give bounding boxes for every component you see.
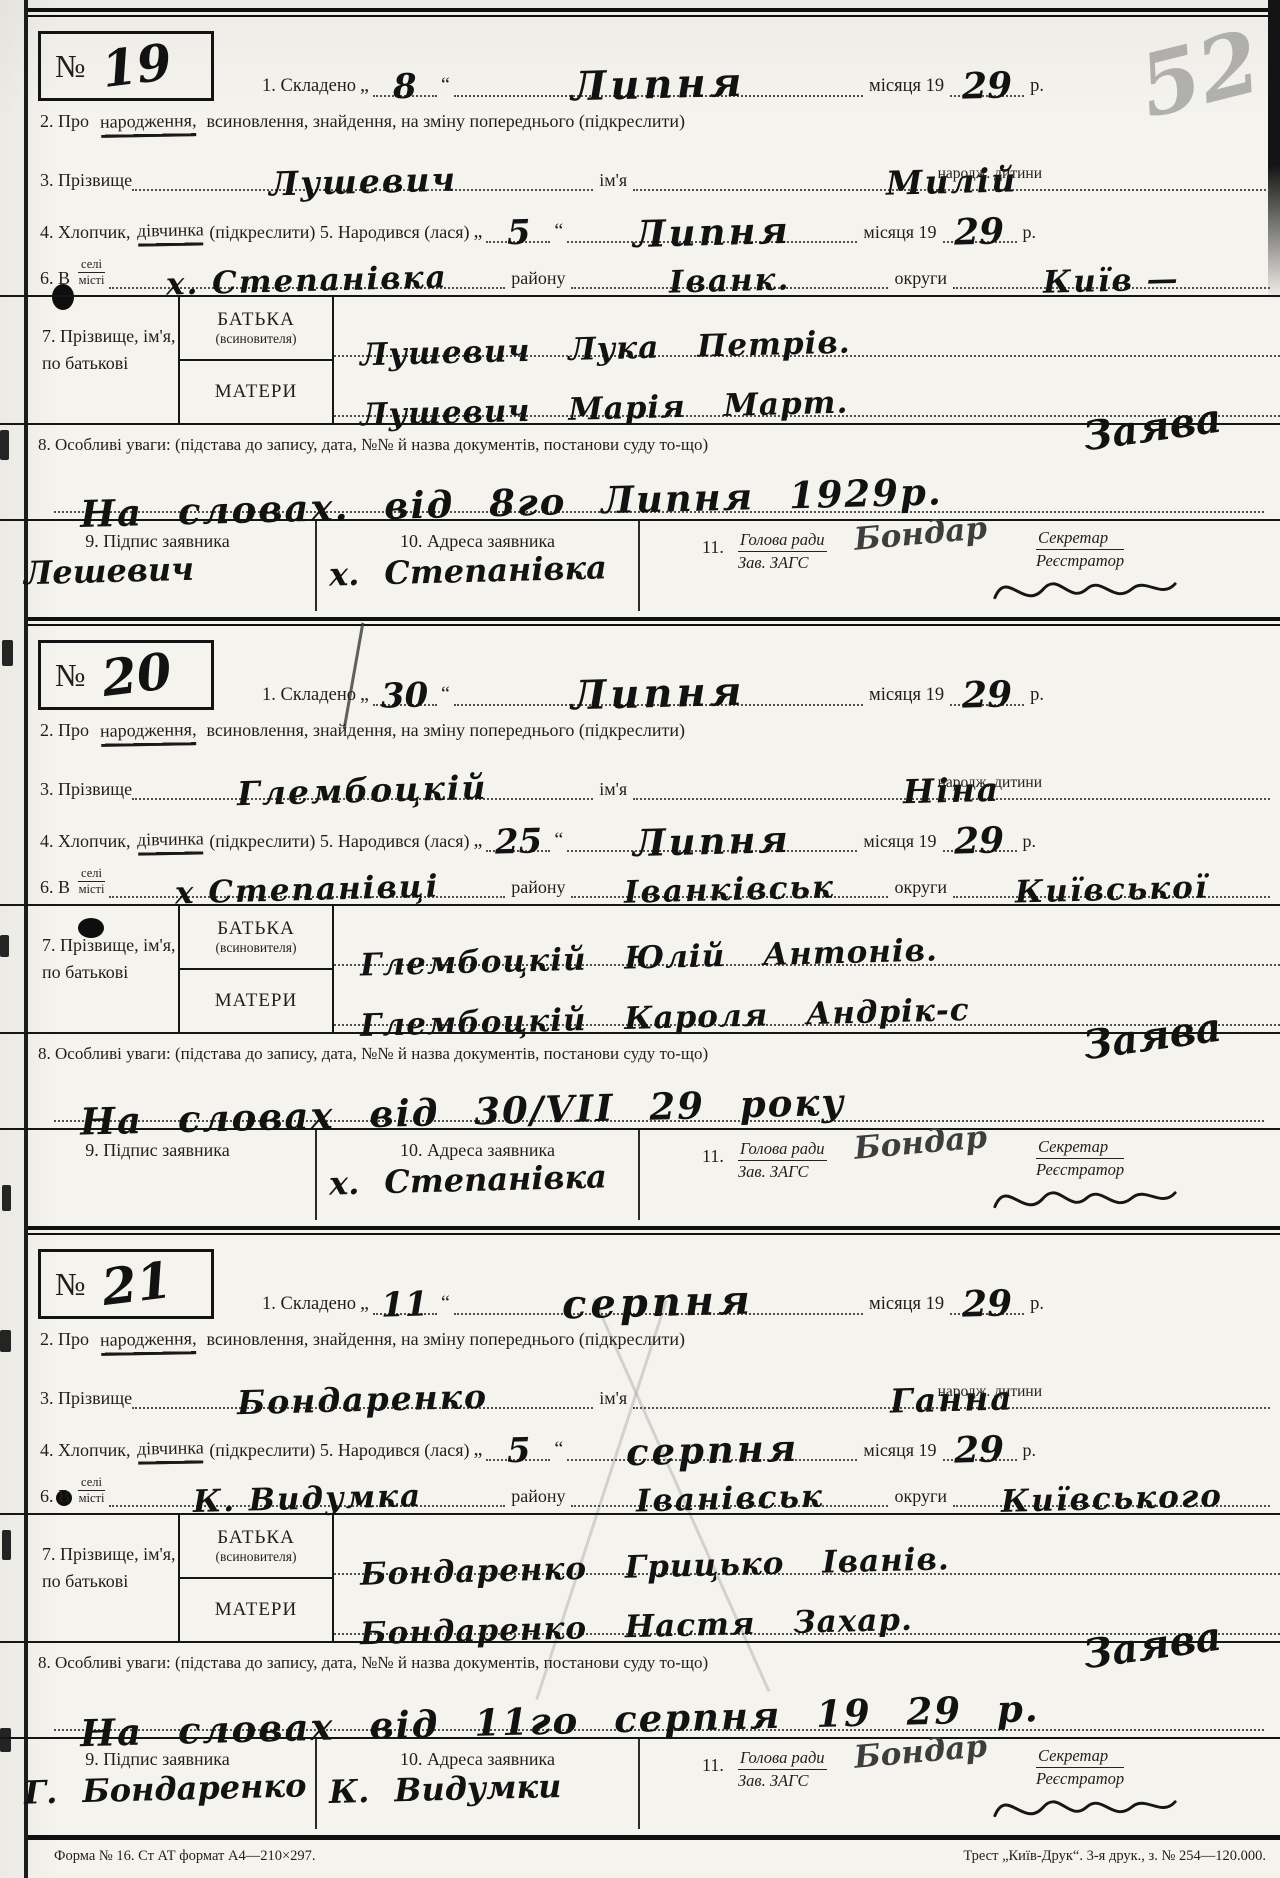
dotted-line: 5 [486,1437,550,1461]
head-of-council-label: Голова ради [738,529,827,552]
sex-label: 4. Хлопчик, [40,831,131,852]
head-of-council-label: Голова ради [738,1138,827,1161]
open-quote: „ [356,683,373,706]
dotted-line: На словах. від 8го Липня 1929р. [54,459,1264,513]
place-label: 6. В [40,1486,70,1507]
place-handwritten: К. Видумка [192,1483,422,1515]
year-r-label: р. [1017,222,1043,243]
parents-block: 7. Прізвище, ім'я, по батькові БАТЬКА (в… [0,295,1280,425]
dotted-line: 29 [943,217,1017,243]
dotted-line: х. Степанівка [109,268,505,289]
parents-role-box: БАТЬКА (всиновителя) МАТЕРИ [178,1515,334,1641]
born-month: Липня [633,215,792,251]
rayon-handwritten: Іванківськ [624,874,836,906]
born-month: Липня [633,824,792,860]
mother-label: МАТЕРИ [215,990,297,1012]
year-r-label: р. [1017,831,1043,852]
close-quote: “ [437,683,454,706]
mother-label: МАТЕРИ [215,381,297,403]
record-number-handwritten: 19 [99,41,173,92]
sex-label: 4. Хлопчик, [40,1440,131,1461]
claimant-address-handwritten: х. Степанівка [329,554,608,588]
rayon-handwritten: Іванк. [669,266,791,296]
composed-label: 1. Складено [262,76,356,97]
parents-label-line2: по батькові [42,1568,178,1595]
zags-label: Зав. ЗАГС [738,1770,827,1791]
secretary-signature [970,1781,1200,1833]
village-label: селі [78,1475,105,1490]
born-day: 5 [506,219,530,249]
surname-label: 3. Прізвище [40,1388,132,1409]
composed-month: Липня [571,675,746,714]
parents-label-line2: по батькові [42,959,178,986]
parents-block: 7. Прізвище, ім'я, по батькові БАТЬКА (в… [0,904,1280,1034]
dotted-line: 29 [943,826,1017,852]
composed-label: 1. Складено [262,685,356,706]
parents-label-line1: 7. Прізвище, ім'я, [42,1541,178,1568]
head-signature-handwritten: Бондар [853,515,988,553]
registry-page: 52 № 19 1. Складено „ 8 “ Липня місяця 1… [0,0,1280,1878]
adopter-label: (всиновителя) [216,940,297,956]
birth-date-line: 4. Хлопчик, дівчинка (підкреслити) 5. На… [0,191,1280,243]
record-type-line: 2. Про народження, всиновлення, знайденн… [0,105,1280,137]
head-signature-handwritten: Бондар [853,1124,988,1162]
underlined-girl-option: дівчинка [136,219,203,243]
dotted-line: Липня [567,217,857,243]
print-house-note: Трест „Київ-Друк“. 3-я друк., з. № 254—1… [963,1848,1266,1865]
secretary-signature [970,563,1200,615]
composed-year: 29 [962,680,1013,712]
head-of-council-stack: Голова ради Зав. ЗАГС [738,1747,827,1792]
okruha-label: округи [888,877,953,898]
officials-cell: 11. Голова ради Зав. ЗАГС Бондар Секрета… [640,1130,1280,1220]
head-signature-handwritten: Бондар [853,1733,988,1771]
claimant-address-cell: 10. Адреса заявника К. Видумки [317,1739,640,1829]
dotted-line: Липня [454,677,863,706]
parents-role-box: БАТЬКА (всиновителя) МАТЕРИ [178,297,334,423]
child-name-line: 3. Прізвище Бондаренко ім'я Ганна народж… [0,1355,1280,1409]
open-quote: „ [470,220,487,243]
close-quote: “ [437,1292,454,1315]
dotted-line: Іванівськ [571,1486,888,1507]
rayon-handwritten: Іванівськ [636,1483,825,1514]
okruha-handwritten: Київського [1000,1483,1223,1515]
dotted-line: серпня [454,1286,863,1315]
claimant-address-cell: 10. Адреса заявника х. Степанівка [317,521,640,611]
month-19-label: місяця 19 [857,1440,942,1461]
remarks-block: 8. Особливі уваги: (підстава до запису, … [0,1643,1280,1737]
child-name-line: 3. Прізвище Лушевич ім'я Милій народж. д… [0,137,1280,191]
remarks-label: 8. Особливі уваги: (підстава до запису, … [38,1044,708,1063]
underlined-birth-option: народження, [99,719,196,744]
father-label: БАТЬКА [217,918,295,940]
mother-cell: МАТЕРИ [180,970,332,1032]
open-quote: „ [356,1292,373,1315]
secretary-label: Секретар [1036,1136,1124,1159]
record-number-box: № 20 [38,640,214,710]
composed-day: 30 [381,681,429,711]
surname-handwritten: Бондаренко [237,1383,489,1418]
officials-number-label: 11. [702,1755,724,1776]
claimant-address-cell: 10. Адреса заявника х. Степанівка [317,1130,640,1220]
dotted-line: 30 [373,682,437,706]
village-city-stack: селі місті [78,257,105,287]
dotted-line: Липня [567,826,857,852]
head-of-council-stack: Голова ради Зав. ЗАГС [738,529,827,574]
place-label: 6. В [40,877,70,898]
father-entry: Лушевич Лука Петрів. [334,297,1280,357]
dotted-line: 25 [486,828,550,852]
parents-entries: Лушевич Лука Петрів. Лушевич Марія Март. [334,297,1280,423]
remarks-label: 8. Особливі уваги: (підстава до запису, … [38,1653,708,1672]
dotted-line: К. Видумка [109,1486,505,1507]
claimant-signature-cell: 9. Підпис заявника Лешевич [0,521,317,611]
dotted-line: На словах від 30/VII 29 року [54,1068,1264,1122]
adopter-label: (всиновителя) [216,1549,297,1565]
composed-line: 1. Складено „ 11 “ серпня місяця 19 29 р… [262,1273,1050,1315]
dotted-line: Липня [454,68,863,97]
open-quote: „ [470,829,487,852]
officials-cell: 11. Голова ради Зав. ЗАГС Бондар Секрета… [640,521,1280,611]
claimant-signature-handwritten: Г. Бондаренко [24,1772,307,1807]
underlined-girl-option: дівчинка [136,828,203,852]
remarks-label: 8. Особливі уваги: (підстава до запису, … [38,435,708,454]
father-cell: БАТЬКА (всиновителя) [180,297,332,361]
year-r-label: р. [1024,1294,1050,1315]
year-r-label: р. [1024,685,1050,706]
dotted-line: Київського [953,1486,1270,1507]
dotted-line: серпня [567,1435,857,1461]
record-type-line: 2. Про народження, всиновлення, знайденн… [0,714,1280,746]
composed-day: 11 [381,1290,429,1320]
dotted-line: 5 [486,219,550,243]
record-number-box: № 21 [38,1249,214,1319]
record-21: № 21 1. Складено „ 11 “ серпня місяця 19… [0,1235,1280,1835]
rayon-label: району [505,1486,571,1507]
zags-label: Зав. ЗАГС [738,552,827,573]
name-label: ім'я [593,170,633,191]
claimant-address-handwritten: К. Видумки [329,1773,562,1806]
composed-month: серпня [562,1283,755,1322]
record-header: № 19 1. Складено „ 8 “ Липня місяця 19 2… [0,17,1280,105]
mother-cell: МАТЕРИ [180,361,332,423]
father-label: БАТЬКА [217,1527,295,1549]
father-cell: БАТЬКА (всиновителя) [180,906,332,970]
secretary-signature [970,1172,1200,1224]
month-19-label: місяця 19 [863,1294,950,1315]
underlined-birth-option: народження, [99,110,196,135]
record-type-options: всиновлення, знайдення, на зміну поперед… [207,720,686,740]
record-type-prefix: 2. Про [40,111,89,131]
composed-year: 29 [962,1289,1013,1321]
record-number-handwritten: 21 [99,1259,173,1310]
surname-handwritten: Глембоцкій [237,774,488,809]
parents-role-box: БАТЬКА (всиновителя) МАТЕРИ [178,906,334,1032]
claimant-address-handwritten: х. Степанівка [329,1163,608,1197]
village-label: селі [78,257,105,272]
dotted-line: 11 [373,1291,437,1315]
born-label: (підкреслити) 5. Народився (лася) [209,1440,469,1461]
father-entry: Бондаренко Грицько Іванів. [334,1515,1280,1575]
month-19-label: місяця 19 [863,76,950,97]
mother-handwritten: Бондаренко Настя Захар. [360,1606,913,1647]
parents-label: 7. Прізвище, ім'я, по батькові [0,1515,178,1641]
year-r-label: р. [1024,76,1050,97]
claimant-signature-handwritten: Лешевич [24,556,195,588]
officials-number-label: 11. [702,537,724,558]
father-cell: БАТЬКА (всиновителя) [180,1515,332,1579]
dotted-line: 8 [373,73,437,97]
mother-handwritten: Глембоцкій Кароля Андрік-с [360,997,970,1039]
born-year: 29 [954,826,1005,858]
signatures-row: 9. Підпис заявника 10. Адреса заявника х… [0,1128,1280,1220]
claimant-signature-label: 9. Підпис заявника [0,1140,315,1161]
claimant-address-label: 10. Адреса заявника [317,1749,638,1770]
record-separator [24,617,1280,626]
month-19-label: місяця 19 [857,222,942,243]
dotted-line: На словах від 11го серпня 19 29 р. [54,1677,1264,1731]
surname-label: 3. Прізвище [40,779,132,800]
dotted-line: Іванк. [571,268,888,289]
dotted-line: Київ — [953,268,1270,289]
remarks-label-line: 8. Особливі уваги: (підстава до запису, … [38,1044,1270,1064]
record-type-options: всиновлення, знайдення, на зміну поперед… [207,111,686,131]
parents-block: 7. Прізвище, ім'я, по батькові БАТЬКА (в… [0,1513,1280,1643]
secretary-label: Секретар [1036,527,1124,550]
record-number-box: № 19 [38,31,214,101]
record-separator [24,1226,1280,1235]
child-birth-label: народж. дитини [938,774,1042,792]
record-type-line: 2. Про народження, всиновлення, знайденн… [0,1323,1280,1355]
dotted-line: Глембоцкій [132,777,593,800]
open-quote: „ [470,1438,487,1461]
record-number-handwritten: 20 [99,650,173,701]
remarks-block: 8. Особливі уваги: (підстава до запису, … [0,1034,1280,1128]
rayon-label: району [505,268,571,289]
place-label: 6. В [40,268,70,289]
surname-handwritten: Лушевич [268,165,457,198]
close-quote: “ [550,1438,567,1461]
born-day: 5 [506,1437,530,1467]
underlined-girl-option: дівчинка [136,1437,203,1461]
record-type-prefix: 2. Про [40,1329,89,1349]
okruha-label: округи [888,1486,953,1507]
place-handwritten: х. Степанівка [166,264,448,298]
composed-month: Липня [571,66,746,105]
composed-line: 1. Складено „ 30 “ Липня місяця 19 29 р. [262,664,1050,706]
dotted-line: 29 [943,1435,1017,1461]
claimant-signature-cell: 9. Підпис заявника [0,1130,317,1220]
record-20: № 20 1. Складено „ 30 “ Липня місяця 19 … [0,626,1280,1226]
secretary-label: Секретар [1036,1745,1124,1768]
month-19-label: місяця 19 [857,831,942,852]
close-quote: “ [550,220,567,243]
page-footer: Форма № 16. Ст АТ формат А4—210×297. Тре… [0,1840,1280,1865]
parents-entries: Глембоцкій Юлій Антонів. Глембоцкій Каро… [334,906,1280,1032]
parents-label-line2: по батькові [42,350,178,377]
born-label: (підкреслити) 5. Народився (лася) [209,222,469,243]
born-month: серпня [625,1432,799,1468]
place-handwritten: х Степанівці [175,873,440,906]
surname-label: 3. Прізвище [40,170,132,191]
okruha-handwritten: Київської [1014,874,1208,905]
rayon-label: району [505,877,571,898]
record-header: № 20 1. Складено „ 30 “ Липня місяця 19 … [0,626,1280,714]
child-birth-label: народж. дитини [938,1383,1042,1401]
zags-label: Зав. ЗАГС [738,1161,827,1182]
composed-label: 1. Складено [262,1294,356,1315]
record-header: № 21 1. Складено „ 11 “ серпня місяця 19… [0,1235,1280,1323]
dotted-line: 29 [950,71,1024,97]
remarks-block: 8. Особливі уваги: (підстава до запису, … [0,425,1280,519]
name-label: ім'я [593,1388,633,1409]
okruha-label: округи [888,268,953,289]
father-label: БАТЬКА [217,309,295,331]
sex-label: 4. Хлопчик, [40,222,131,243]
city-label: місті [78,882,105,896]
head-of-council-stack: Голова ради Зав. ЗАГС [738,1138,827,1183]
dotted-line: 29 [950,680,1024,706]
parents-label: 7. Прізвище, ім'я, по батькові [0,906,178,1032]
mother-cell: МАТЕРИ [180,1579,332,1641]
composed-day: 8 [393,73,417,103]
month-19-label: місяця 19 [863,685,950,706]
city-label: місті [78,1491,105,1505]
dotted-line: х Степанівці [109,877,505,898]
okruha-handwritten: Київ — [1043,266,1180,296]
year-r-label: р. [1017,1440,1043,1461]
underlined-birth-option: народження, [99,1328,196,1353]
parents-label-line1: 7. Прізвище, ім'я, [42,323,178,350]
birth-date-line: 4. Хлопчик, дівчинка (підкреслити) 5. На… [0,1409,1280,1461]
dotted-line: Бондаренко [132,1386,593,1409]
mother-label: МАТЕРИ [215,1599,297,1621]
officials-cell: 11. Голова ради Зав. ЗАГС Бондар Секрета… [640,1739,1280,1829]
birth-date-line: 4. Хлопчик, дівчинка (підкреслити) 5. На… [0,800,1280,852]
born-year: 29 [954,217,1005,249]
born-label: (підкреслити) 5. Народився (лася) [209,831,469,852]
born-day: 25 [494,827,542,857]
village-city-stack: селі місті [78,866,105,896]
no-label: № [55,1266,86,1303]
adopter-label: (всиновителя) [216,331,297,347]
close-quote: “ [550,829,567,852]
record-type-options: всиновлення, знайдення, на зміну поперед… [207,1329,686,1349]
child-birth-label: народж. дитини [938,165,1042,183]
child-name-line: 3. Прізвище Глембоцкій ім'я Ніна народж.… [0,746,1280,800]
open-quote: „ [356,74,373,97]
mother-handwritten: Лушевич Марія Март. [360,389,849,428]
claimant-signature-label: 9. Підпис заявника [0,531,315,552]
composed-year: 29 [962,71,1013,103]
father-entry: Глембоцкій Юлій Антонів. [334,906,1280,966]
record-type-prefix: 2. Про [40,720,89,740]
parents-label-line1: 7. Прізвище, ім'я, [42,932,178,959]
parents-entries: Бондаренко Грицько Іванів. Бондаренко На… [334,1515,1280,1641]
village-label: селі [78,866,105,881]
no-label: № [55,48,86,85]
name-label: ім'я [593,779,633,800]
dotted-line: Лушевич [132,168,593,191]
city-label: місті [78,273,105,287]
head-of-council-label: Голова ради [738,1747,827,1770]
dotted-line: 29 [950,1289,1024,1315]
record-separator [24,8,1280,17]
composed-line: 1. Складено „ 8 “ Липня місяця 19 29 р. [262,55,1050,97]
record-19: № 19 1. Складено „ 8 “ Липня місяця 19 2… [0,17,1280,617]
remarks-label-line: 8. Особливі уваги: (підстава до запису, … [38,1653,1270,1673]
officials-number-label: 11. [702,1146,724,1167]
born-year: 29 [954,1435,1005,1467]
remarks-label-line: 8. Особливі уваги: (підстава до запису, … [38,435,1270,455]
no-label: № [55,657,86,694]
dotted-line: Київської [953,877,1270,898]
dotted-line: Іванківськ [571,877,888,898]
form-number-note: Форма № 16. Ст АТ формат А4—210×297. [54,1848,316,1865]
parents-label: 7. Прізвище, ім'я, по батькові [0,297,178,423]
close-quote: “ [437,74,454,97]
village-city-stack: селі місті [78,1475,105,1505]
